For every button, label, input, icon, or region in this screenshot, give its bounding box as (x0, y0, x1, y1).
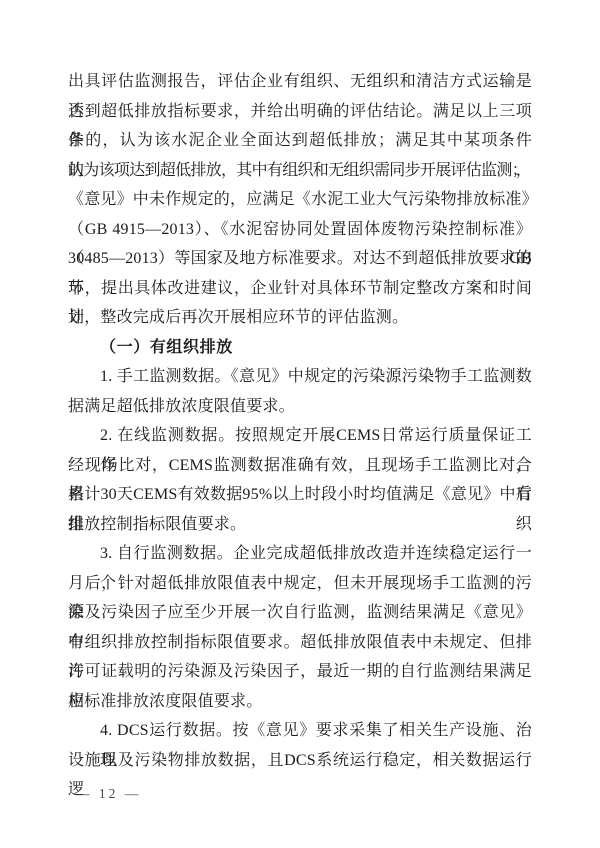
text-line: 据满足超低排放浓度限值要求。 (68, 392, 532, 422)
text-line: 有组织排放控制指标限值要求。超低排放限值表中未规定、但排污 (68, 628, 532, 658)
text-line: 划，整改完成后再次开展相应环节的评估监测。 (68, 303, 532, 333)
text-line: 源及污染因子应至少开展一次自行监测，监测结果满足《意见》中 (68, 598, 532, 628)
text-line: 经现场比对，CEMS监测数据准确有效，且现场手工监测比对合格后 (68, 451, 532, 481)
text-line: 应标准排放浓度限值要求。 (68, 687, 532, 717)
section-heading: （一）有组织排放 (68, 333, 532, 363)
text-line: 月后，针对超低排放限值表中规定，但未开展现场手工监测的污染 (68, 569, 532, 599)
text-line: 件的，认为该水泥企业全面达到超低排放；满足其中某项条件的， (68, 126, 532, 156)
document-page: 出具评估监测报告，评估企业有组织、无组织和清洁方式运输是否 达到超低排放指标要求… (0, 0, 600, 848)
text-line: 《意见》中未作规定的，应满足《水泥工业大气污染物排放标准》 (68, 185, 532, 215)
text-line: 2. 在线监测数据。按照规定开展CEMS日常运行质量保证工作， (68, 421, 532, 451)
text-line: 3. 自行监测数据。企业完成超低排放改造并连续稳定运行一个 (68, 539, 532, 569)
text-line: 30485—2013）等国家及地方标准要求。对达不到超低排放要求的环 (68, 244, 532, 274)
text-line: 节，提出具体改进建议，企业针对具体环节制定整改方案和时间计 (68, 274, 532, 304)
text-line: 达到超低排放指标要求，并给出明确的评估结论。满足以上三项条 (68, 97, 532, 127)
body-text: 出具评估监测报告，评估企业有组织、无组织和清洁方式运输是否 达到超低排放指标要求… (68, 67, 532, 775)
text-line: 设施以及污染物排放数据，且DCS系统运行稳定，相关数据运行逻 (68, 746, 532, 776)
text-line: 认为该项达到超低排放，其中有组织和无组织需同步开展评估监测； (68, 156, 532, 186)
page-number-footer: — 12 — (76, 786, 141, 802)
text-line: （GB 4915—2013）、《水泥窑协同处置固体废物污染控制标准》（GB (68, 215, 532, 245)
text-line: 出具评估监测报告，评估企业有组织、无组织和清洁方式运输是否 (68, 67, 532, 97)
text-line: 许可证载明的污染源及污染因子，最近一期的自行监测结果满足相 (68, 657, 532, 687)
text-line: 累计30天CEMS有效数据95%以上时段小时均值满足《意见》中有组织 (68, 480, 532, 510)
text-line: 4. DCS运行数据。按《意见》要求采集了相关生产设施、治理 (68, 716, 532, 746)
text-line: 1. 手工监测数据。《意见》中规定的污染源污染物手工监测数 (68, 362, 532, 392)
